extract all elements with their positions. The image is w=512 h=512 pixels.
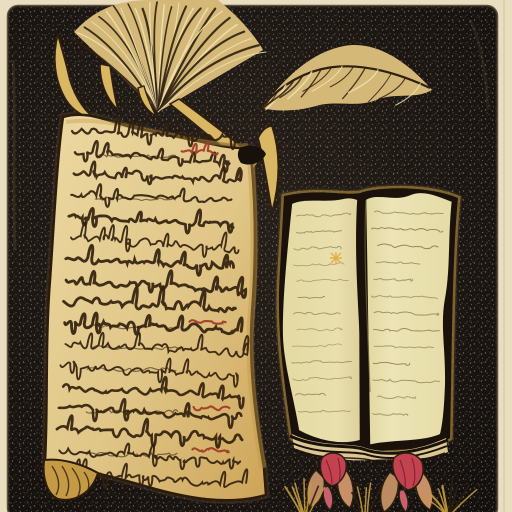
manuscript-artwork bbox=[0, 0, 512, 512]
book-left-page bbox=[282, 197, 361, 443]
artwork-canvas bbox=[0, 0, 512, 512]
edge-scuff bbox=[13, 60, 15, 250]
open-book bbox=[279, 188, 458, 463]
grass-blade bbox=[304, 479, 305, 512]
book-right-page bbox=[365, 192, 453, 446]
star-mark bbox=[330, 252, 342, 264]
